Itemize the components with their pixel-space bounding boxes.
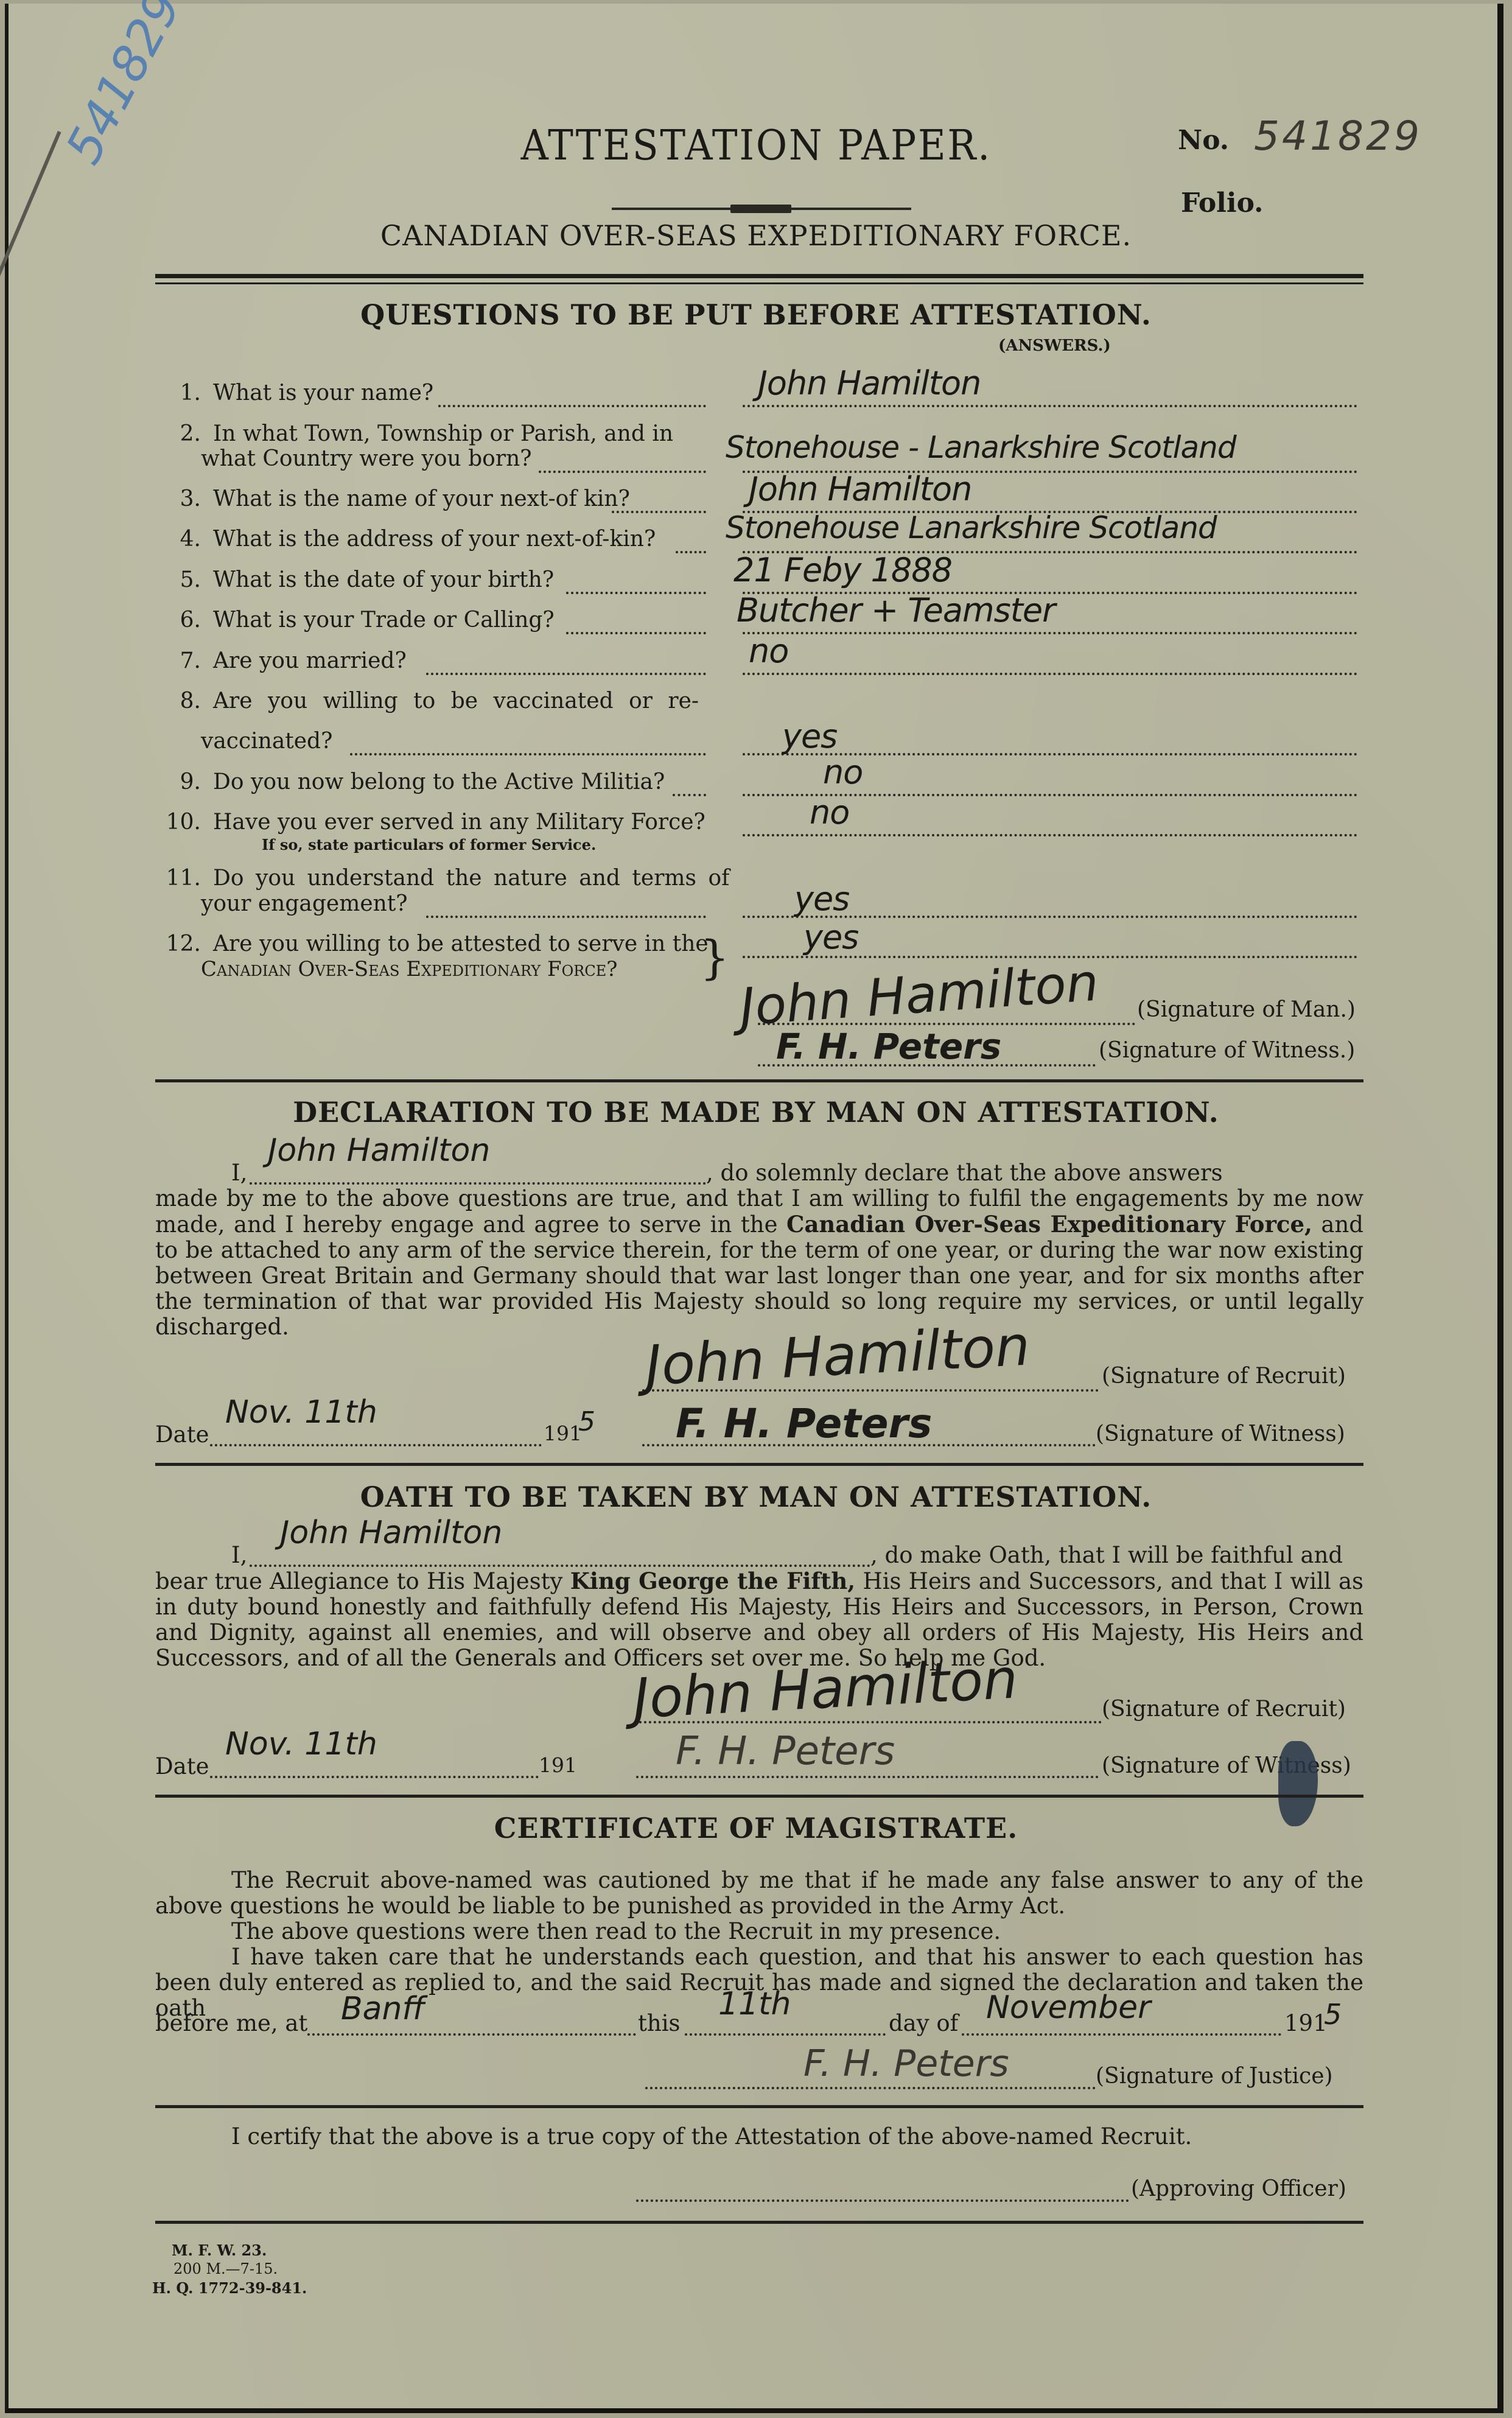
signature-justice-label: (Signature of Justice)	[1096, 2064, 1333, 2089]
question-leader	[426, 673, 706, 675]
question-8-line2: vaccinated?	[201, 729, 332, 754]
date-line	[210, 1776, 539, 1778]
date-label: Date	[155, 1421, 209, 1448]
question-3: 3.What is the name of your next-of kin?	[152, 486, 630, 511]
signature-recruit-label: (Signature of Recruit)	[1102, 1364, 1346, 1389]
question-2: 2.In what Town, Township or Parish, and …	[152, 421, 673, 446]
signature-man-label: (Signature of Man.)	[1137, 997, 1356, 1022]
oath-signature-witness[interactable]: F. H. Peters	[676, 1729, 895, 1774]
place-field[interactable]: Banff	[341, 1991, 425, 2027]
section-divider	[155, 1079, 1363, 1082]
folio-label: Folio.	[1181, 187, 1264, 219]
page-subtitle: CANADIAN OVER-SEAS EXPEDITIONARY FORCE.	[0, 219, 1512, 252]
section-divider	[155, 2105, 1363, 2108]
declaration-heading: DECLARATION TO BE MADE BY MAN ON ATTESTA…	[0, 1096, 1512, 1129]
declaration-signature-witness[interactable]: F. H. Peters	[676, 1400, 932, 1447]
question-9: 9.Do you now belong to the Active Militi…	[152, 769, 665, 794]
signature-line	[645, 2087, 1096, 2089]
answer-12-field[interactable]: yes	[803, 918, 858, 956]
certificate-heading: CERTIFICATE OF MAGISTRATE.	[0, 1812, 1512, 1845]
answer-1-field[interactable]: John Hamilton	[758, 364, 981, 402]
section-divider	[155, 1463, 1363, 1466]
question-leader	[539, 471, 706, 473]
year-prefix: 191	[544, 1421, 582, 1445]
question-leader	[350, 753, 706, 755]
name-line	[250, 1565, 870, 1567]
this-label: this	[638, 2010, 681, 2036]
name-line	[250, 1182, 706, 1185]
signature-justice[interactable]: F. H. Peters	[803, 2042, 1009, 2085]
day-line	[685, 2033, 886, 2036]
certify-text: I certify that the above is a true copy …	[231, 2123, 1192, 2150]
day-of-label: day of	[889, 2010, 958, 2036]
declaration-line1: , do solemnly declare that the above ans…	[706, 1160, 1223, 1186]
questions-heading: QUESTIONS TO BE PUT BEFORE ATTESTATION.	[0, 298, 1512, 331]
declaration-body: made by me to the above questions are tr…	[155, 1186, 1363, 1340]
question-12: 12.Are you willing to be attested to ser…	[152, 931, 709, 956]
question-leader	[673, 794, 706, 796]
year-prefix: 191	[1284, 2010, 1328, 2036]
year-suffix-field[interactable]: 5	[1324, 1998, 1342, 2031]
answer-7-field[interactable]: no	[749, 632, 788, 670]
before-me-label: before me, at	[155, 2010, 307, 2036]
question-11-line2: your engagement?	[201, 891, 408, 916]
question-10: 10.Have you ever served in any Military …	[152, 810, 705, 835]
date-line	[210, 1444, 542, 1446]
question-leader	[612, 511, 706, 513]
question-4: 4.What is the address of your next-of-ki…	[152, 527, 656, 552]
form-number: M. F. W. 23.	[172, 2241, 267, 2259]
brace-icon: }	[700, 930, 729, 984]
certificate-para-2: The above questions were then read to th…	[155, 1919, 1363, 1944]
place-line	[307, 2033, 636, 2036]
question-11: 11.Do you understand the nature and term…	[152, 866, 729, 891]
answer-3-field[interactable]: John Hamilton	[749, 470, 971, 508]
number-label: No.	[1178, 125, 1229, 156]
answer-8-field[interactable]: yes	[782, 717, 837, 755]
answer-line	[743, 632, 1357, 634]
answer-2-field[interactable]: Stonehouse - Lanarkshire Scotland	[726, 430, 1236, 465]
section-divider	[155, 2221, 1363, 2224]
answers-label: (ANSWERS.)	[998, 337, 1111, 355]
answer-line	[743, 834, 1357, 836]
section-divider	[155, 1795, 1363, 1798]
question-2-line2: what Country were you born?	[201, 446, 532, 471]
regimental-number: 541829	[1254, 113, 1422, 159]
signature-recruit-label: (Signature of Recruit)	[1102, 1697, 1346, 1722]
question-10-note: If so, state particulars of former Servi…	[262, 836, 596, 853]
hq-reference: H. Q. 1772-39-841.	[152, 2279, 307, 2297]
signature-line	[636, 1776, 1099, 1778]
question-leader	[566, 632, 706, 634]
answer-9-field[interactable]: no	[823, 753, 863, 791]
certificate-para-1: The Recruit above-named was cautioned by…	[155, 1868, 1363, 1919]
question-leader	[676, 551, 706, 553]
signature-witness-label: (Signature of Witness.)	[1099, 1038, 1355, 1063]
question-6: 6.What is your Trade or Calling?	[152, 608, 555, 633]
print-run: 200 M.—7-15.	[173, 2260, 278, 2277]
declaration-name-field[interactable]: John Hamilton	[268, 1132, 490, 1169]
signature-witness[interactable]: F. H. Peters	[776, 1026, 1001, 1067]
answer-line	[743, 673, 1357, 675]
declaration-prefix: I,	[231, 1160, 247, 1186]
answer-4-field[interactable]: Stonehouse Lanarkshire Scotland	[726, 510, 1217, 545]
signature-witness-label: (Signature of Witness)	[1096, 1421, 1345, 1446]
oath-date-field[interactable]: Nov. 11th	[225, 1726, 377, 1762]
date-label: Date	[155, 1753, 209, 1779]
question-8: 8.Are you willing to be vaccinated or re…	[152, 689, 699, 713]
question-5: 5.What is the date of your birth?	[152, 567, 554, 592]
question-leader	[426, 916, 706, 918]
signature-line	[636, 2199, 1129, 2202]
double-rule-thick	[155, 274, 1363, 278]
answer-6-field[interactable]: Butcher + Teamster	[737, 591, 1055, 629]
year-suffix-field[interactable]: 5	[578, 1406, 595, 1437]
answer-11-field[interactable]: yes	[794, 880, 849, 918]
oath-prefix: I,	[231, 1542, 247, 1568]
question-leader	[566, 592, 706, 594]
oath-line1: , do make Oath, that I will be faithful …	[870, 1542, 1343, 1568]
answer-line	[743, 405, 1357, 407]
oath-name-field[interactable]: John Hamilton	[280, 1515, 502, 1551]
question-leader	[438, 405, 706, 407]
month-field[interactable]: November	[986, 1989, 1151, 2026]
month-line	[962, 2033, 1281, 2036]
oath-body: bear true Allegiance to His Majesty King…	[155, 1568, 1363, 1671]
answer-10-field[interactable]: no	[810, 793, 849, 832]
question-1: 1.What is your name?	[152, 380, 433, 405]
declaration-date-field[interactable]: Nov. 11th	[225, 1394, 377, 1431]
approving-officer-label: (Approving Officer)	[1131, 2176, 1346, 2201]
day-field[interactable]: 11th	[718, 1986, 791, 2022]
question-7: 7.Are you married?	[152, 648, 407, 673]
answer-5-field[interactable]: 21 Feby 1888	[733, 551, 952, 589]
double-rule-thin	[155, 282, 1363, 284]
ornament-center	[730, 205, 791, 213]
oath-heading: OATH TO BE TAKEN BY MAN ON ATTESTATION.	[0, 1481, 1512, 1513]
year-prefix: 191	[539, 1753, 577, 1777]
question-12-line2: Canadian Over-Seas Expeditionary Force?	[201, 957, 617, 981]
